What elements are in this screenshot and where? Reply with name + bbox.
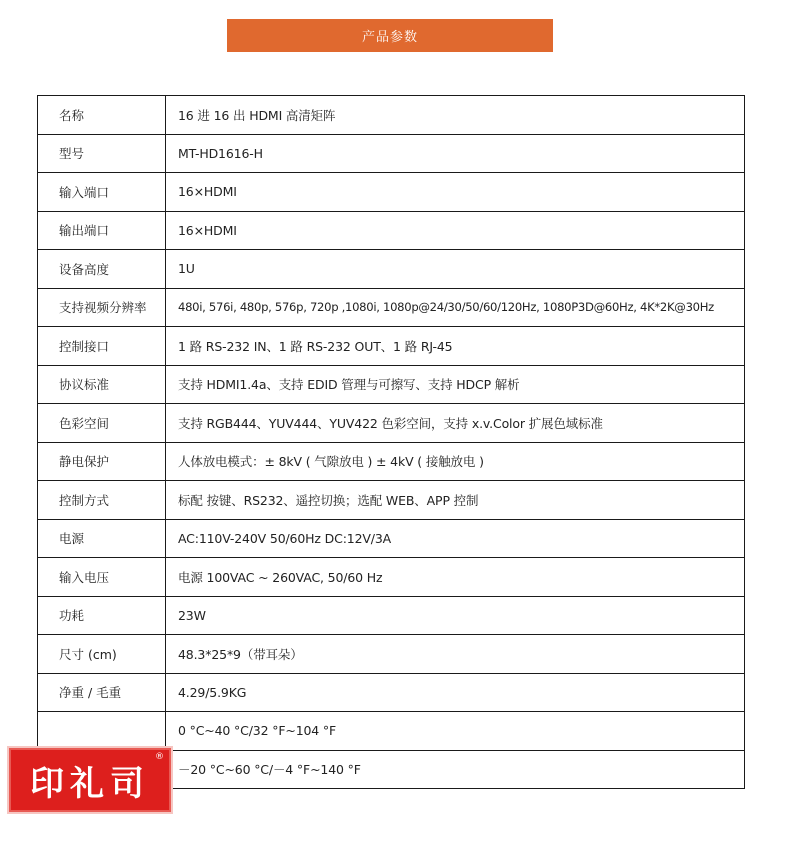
table-row: 功耗 23W	[38, 596, 745, 635]
spec-label: 型号	[38, 134, 166, 173]
table-row: 输入端口 16×HDMI	[38, 173, 745, 212]
table-row: 输入电压 电源 100VAC ~ 260VAC, 50/60 Hz	[38, 558, 745, 597]
table-row: 设备高度 1U	[38, 250, 745, 289]
spec-value: 标配 按键、RS232、遥控切换；选配 WEB、APP 控制	[166, 481, 745, 520]
spec-label: 尺寸 (cm)	[38, 635, 166, 674]
section-title: 产品参数	[362, 26, 418, 45]
table-row: 色彩空间 支持 RGB444、YUV444、YUV422 色彩空间，支持 x.v…	[38, 404, 745, 443]
spec-label: 净重 / 毛重	[38, 673, 166, 712]
spec-label: 名称	[38, 96, 166, 135]
spec-value: 4.29/5.9KG	[166, 673, 745, 712]
table-row: 型号 MT-HD1616-H	[38, 134, 745, 173]
watermark-text: 印礼司	[30, 756, 150, 805]
spec-label: 支持视频分辨率	[38, 288, 166, 327]
table-row: 输出端口 16×HDMI	[38, 211, 745, 250]
spec-value: 人体放电模式：± 8kV ( 气隙放电 ) ± 4kV ( 接触放电 )	[166, 442, 745, 481]
spec-label: 色彩空间	[38, 404, 166, 443]
spec-value: 16×HDMI	[166, 211, 745, 250]
spec-label: 输入端口	[38, 173, 166, 212]
spec-label: 输出端口	[38, 211, 166, 250]
spec-value: 电源 100VAC ~ 260VAC, 50/60 Hz	[166, 558, 745, 597]
registered-mark-icon: ®	[155, 752, 164, 762]
watermark-stamp: 印礼司 ®	[9, 748, 171, 812]
table-row: 尺寸 (cm) 48.3*25*9（带耳朵）	[38, 635, 745, 674]
spec-value: 支持 HDMI1.4a、支持 EDID 管理与可擦写、支持 HDCP 解析	[166, 365, 745, 404]
spec-value: AC:110V-240V 50/60Hz DC:12V/3A	[166, 519, 745, 558]
spec-value: 16 进 16 出 HDMI 高清矩阵	[166, 96, 745, 135]
table-row: 0 °C~40 °C/32 °F~104 °F	[38, 712, 745, 751]
spec-table: 名称 16 进 16 出 HDMI 高清矩阵 型号 MT-HD1616-H 输入…	[37, 95, 745, 789]
table-row: 净重 / 毛重 4.29/5.9KG	[38, 673, 745, 712]
spec-label: 协议标准	[38, 365, 166, 404]
table-row: 控制方式 标配 按键、RS232、遥控切换；选配 WEB、APP 控制	[38, 481, 745, 520]
spec-value: 1U	[166, 250, 745, 289]
spec-label: 输入电压	[38, 558, 166, 597]
spec-label: 设备高度	[38, 250, 166, 289]
spec-value: MT-HD1616-H	[166, 134, 745, 173]
table-row: 静电保护 人体放电模式：± 8kV ( 气隙放电 ) ± 4kV ( 接触放电 …	[38, 442, 745, 481]
spec-value: －20 °C~60 °C/－4 °F~140 °F	[166, 750, 745, 789]
spec-value: 23W	[166, 596, 745, 635]
table-row: 名称 16 进 16 出 HDMI 高清矩阵	[38, 96, 745, 135]
spec-value: 0 °C~40 °C/32 °F~104 °F	[166, 712, 745, 751]
spec-value: 480i, 576i, 480p, 576p, 720p ,1080i, 108…	[166, 288, 745, 327]
spec-label: 电源	[38, 519, 166, 558]
table-row: 协议标准 支持 HDMI1.4a、支持 EDID 管理与可擦写、支持 HDCP …	[38, 365, 745, 404]
table-row: 控制接口 1 路 RS-232 IN、1 路 RS-232 OUT、1 路 RJ…	[38, 327, 745, 366]
spec-label: 控制方式	[38, 481, 166, 520]
spec-value: 支持 RGB444、YUV444、YUV422 色彩空间，支持 x.v.Colo…	[166, 404, 745, 443]
spec-label	[38, 712, 166, 751]
section-title-bar: 产品参数	[227, 19, 553, 52]
table-row: 支持视频分辨率 480i, 576i, 480p, 576p, 720p ,10…	[38, 288, 745, 327]
spec-value: 48.3*25*9（带耳朵）	[166, 635, 745, 674]
spec-label: 静电保护	[38, 442, 166, 481]
table-row: 电源 AC:110V-240V 50/60Hz DC:12V/3A	[38, 519, 745, 558]
spec-label: 功耗	[38, 596, 166, 635]
spec-label: 控制接口	[38, 327, 166, 366]
spec-value: 1 路 RS-232 IN、1 路 RS-232 OUT、1 路 RJ-45	[166, 327, 745, 366]
spec-value: 16×HDMI	[166, 173, 745, 212]
